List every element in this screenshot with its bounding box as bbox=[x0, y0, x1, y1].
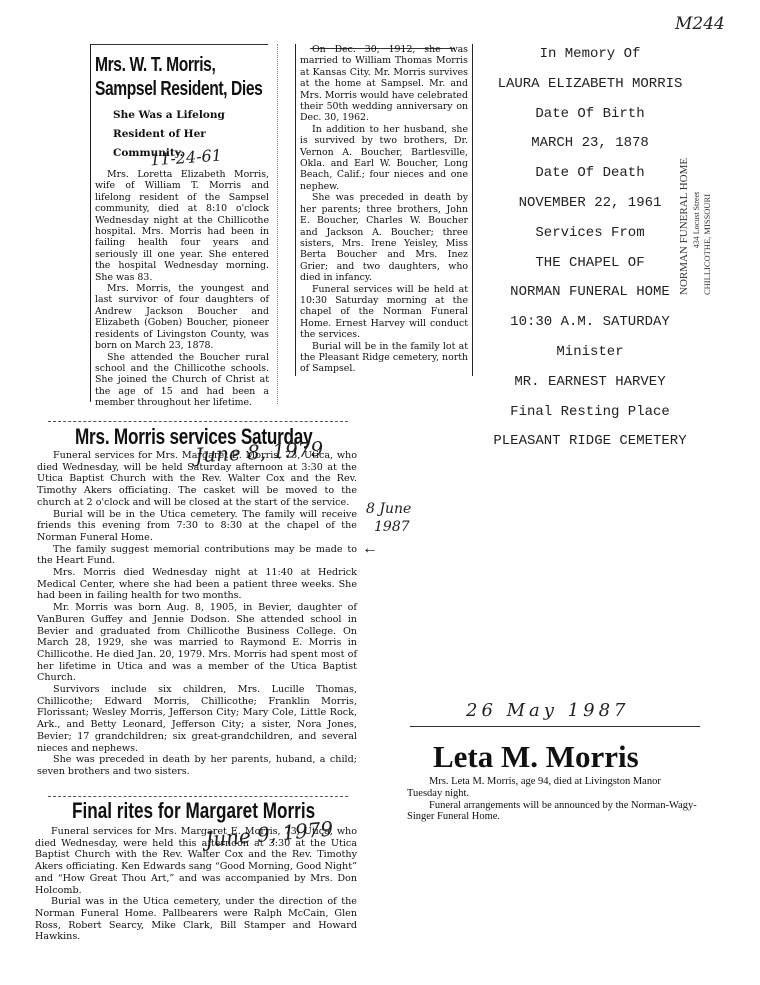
paragraph: Mr. Morris was born Aug. 8, 1905, in Bev… bbox=[37, 602, 357, 684]
clipping-border bbox=[48, 796, 348, 797]
headline-line-2: Sampsel Resident, Dies bbox=[95, 78, 232, 100]
card-line: Date Of Birth bbox=[480, 100, 700, 130]
article-body: On Dec. 30, 1912, she was married to Wil… bbox=[300, 44, 468, 375]
clipping-final-rites: Funeral services for Mrs. Margaret E. Mo… bbox=[35, 826, 357, 943]
paragraph: On Dec. 30, 1912, she was married to Wil… bbox=[300, 44, 468, 124]
reference-mark: M244 bbox=[675, 14, 725, 34]
card-line: Date Of Death bbox=[480, 159, 700, 189]
margin-note-line-1: 8 June bbox=[366, 500, 411, 518]
clipping-wt-morris-continued: On Dec. 30, 1912, she was married to Wil… bbox=[295, 44, 473, 376]
headline: Leta M. Morris bbox=[433, 740, 639, 774]
column-divider bbox=[277, 44, 278, 404]
paragraph: Survivors include six children, Mrs. Luc… bbox=[37, 684, 357, 754]
arrow-left-icon: ← bbox=[362, 540, 378, 558]
handwritten-date: 26 May 1987 bbox=[466, 700, 630, 721]
clipping-border bbox=[410, 726, 700, 727]
paragraph: Burial was in the Utica cemetery, under … bbox=[35, 896, 357, 943]
paragraph: She was preceded in death by her parents… bbox=[37, 754, 357, 777]
stamp-name: NORMAN FUNERAL HOME bbox=[678, 145, 691, 295]
paragraph: In addition to her husband, she is survi… bbox=[300, 124, 468, 192]
card-line: MARCH 23, 1878 bbox=[480, 129, 700, 159]
margin-note: 8 June 1987 bbox=[366, 500, 411, 536]
card-line: In Memory Of bbox=[480, 40, 700, 70]
card-line: NOVEMBER 22, 1961 bbox=[480, 189, 700, 219]
clipping-border bbox=[48, 421, 348, 422]
clipping-services-saturday: Funeral services for Mrs. Margaret E. Mo… bbox=[37, 450, 357, 778]
card-line: MR. EARNEST HARVEY bbox=[480, 368, 700, 398]
stamp-street: 434 Locust Street bbox=[691, 145, 702, 295]
card-line: Minister bbox=[480, 338, 700, 368]
card-line: Final Resting Place bbox=[480, 398, 700, 428]
subhead-line-1: She Was a Lifelong bbox=[91, 106, 271, 125]
paragraph: Funeral services will be held at 10:30 S… bbox=[300, 284, 468, 341]
paragraph: Mrs. Leta M. Morris, age 94, died at Liv… bbox=[407, 776, 697, 800]
paragraph: Mrs. Morris, the youngest and last survi… bbox=[95, 283, 269, 351]
stamp-city: CHILLICOTHE, MISSOURI bbox=[702, 145, 713, 295]
card-line: 10:30 A.M. SATURDAY bbox=[480, 308, 700, 338]
card-line: Services From bbox=[480, 219, 700, 249]
margin-note-line-2: 1987 bbox=[366, 518, 411, 536]
paragraph: She attended the Boucher rural school an… bbox=[95, 352, 269, 409]
paragraph: Burial will be in the Utica cemetery. Th… bbox=[37, 509, 357, 544]
paragraph: Funeral arrangements will be announced b… bbox=[407, 800, 697, 824]
paragraph: Mrs. Loretta Elizabeth Morris, wife of W… bbox=[95, 169, 269, 283]
paragraph: Burial will be in the family lot at the … bbox=[300, 341, 468, 375]
paragraph: Funeral services for Mrs. Margaret E. Mo… bbox=[37, 450, 357, 509]
headline-line-1: Mrs. W. T. Morris, bbox=[95, 54, 232, 76]
clipping-wt-morris: Mrs. W. T. Morris, Sampsel Resident, Die… bbox=[90, 44, 271, 402]
clipping-leta-morris: Mrs. Leta M. Morris, age 94, died at Liv… bbox=[407, 776, 697, 823]
card-line: PLEASANT RIDGE CEMETERY bbox=[480, 427, 700, 457]
paragraph: The family suggest memorial contribution… bbox=[37, 544, 357, 567]
paragraph: She was preceded in death by her parents… bbox=[300, 192, 468, 283]
paragraph: Funeral services for Mrs. Margaret E. Mo… bbox=[35, 826, 357, 896]
paragraph: Mrs. Morris died Wednesday night at 11:4… bbox=[37, 567, 357, 602]
memorial-card: In Memory Of LAURA ELIZABETH MORRIS Date… bbox=[480, 40, 700, 457]
funeral-home-stamp: NORMAN FUNERAL HOME 434 Locust Street CH… bbox=[678, 145, 713, 295]
article-body: Mrs. Loretta Elizabeth Morris, wife of W… bbox=[95, 169, 269, 409]
card-line: NORMAN FUNERAL HOME bbox=[480, 278, 700, 308]
card-line: LAURA ELIZABETH MORRIS bbox=[480, 70, 700, 100]
card-line: THE CHAPEL OF bbox=[480, 249, 700, 279]
